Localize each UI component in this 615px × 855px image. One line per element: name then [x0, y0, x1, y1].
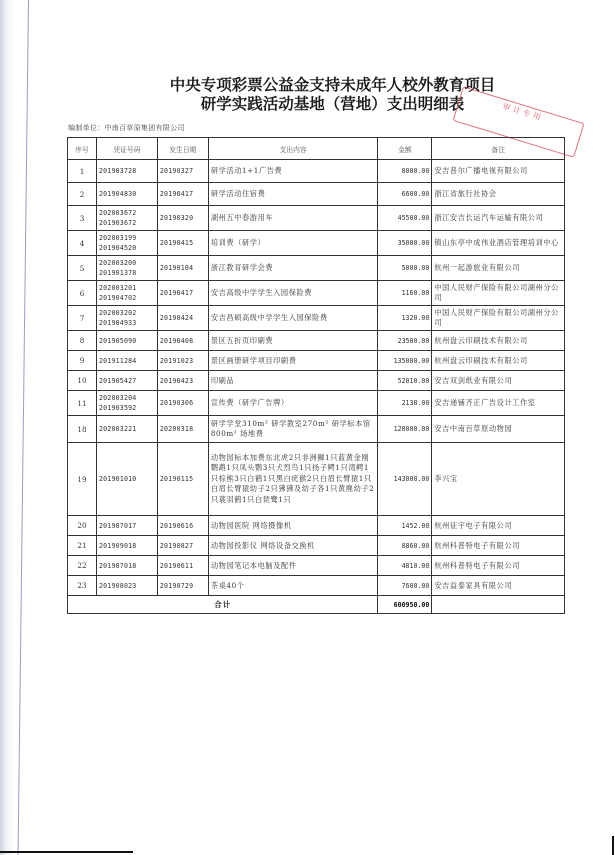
table-row: 1920190101020190115动物园标本加费东北虎2只非洲狮1只蓝黄金刚…: [68, 443, 565, 516]
cell-remark: 安吉益泰家具有限公司: [432, 576, 565, 596]
voucher-number: 201905427: [99, 376, 155, 386]
cell-seq: 4: [68, 231, 97, 256]
cell-description: 动物园标本加费东北虎2只非洲狮1只蓝黄金刚鹦鹉1只凤头鹦3只犬烈鸟1只扬子鳄1只…: [208, 443, 378, 516]
cell-seq: 2: [68, 183, 97, 206]
cell-voucher: 202003199201904520: [96, 231, 157, 256]
cell-date: 20191023: [157, 351, 208, 371]
cell-date: 20190306: [157, 391, 208, 416]
cell-amount: 8000.00: [378, 160, 432, 183]
compiling-unit: 编制单位：中南百草原集团有限公司: [68, 123, 185, 133]
voucher-number: 202003672: [99, 208, 155, 218]
header-date: 发生日期: [157, 138, 208, 160]
header-remark: 备注: [432, 138, 565, 160]
cell-amount: 8860.00: [378, 536, 432, 556]
voucher-number: 201903728: [99, 166, 155, 176]
cell-description: 宣传费（研学广告牌）: [208, 391, 378, 416]
cell-seq: 10: [68, 371, 97, 391]
table-row: 2220190701820190611动物园笔记本电脑及配件4810.00杭州科…: [68, 556, 565, 576]
cell-remark: 李兴宝: [432, 443, 565, 516]
cell-seq: 18: [68, 416, 97, 443]
cell-voucher: 201907017: [96, 516, 157, 536]
voucher-number: 201905090: [99, 336, 155, 346]
cell-description: 景区五折页印刷费: [208, 331, 378, 351]
voucher-number: 202003201: [99, 283, 155, 293]
cell-amount: 143000.00: [378, 443, 432, 516]
cell-date: 20190415: [157, 231, 208, 256]
cell-seq: 8: [68, 331, 97, 351]
cell-description: 湖州五中春游用车: [208, 206, 378, 231]
cell-amount: 1160.00: [378, 281, 432, 306]
table-row: 920191128420191023景区画册研学项目印刷费135000.00杭州…: [68, 351, 565, 371]
cell-amount: 1452.00: [378, 516, 432, 536]
cell-amount: 7600.00: [378, 576, 432, 596]
cell-date: 20190115: [157, 443, 208, 516]
table-row: 1820200322120200318研学学堂310m² 研学教室270m² 研…: [68, 416, 565, 443]
cell-remark: 杭州征宇电子有限公司: [432, 516, 565, 536]
cell-amount: 6600.00: [378, 183, 432, 206]
cell-date: 20190729: [157, 576, 208, 596]
cell-seq: 7: [68, 306, 97, 331]
voucher-number: 201901010: [99, 474, 155, 484]
table-row: 2120190901820190827动物园投影仪 网络设备交换机8860.00…: [68, 536, 565, 556]
table-row: 120190372820190327研学活动1+1广告费8000.00安吉普尔广…: [68, 160, 565, 183]
cell-remark: 镇山东亭中成伟业酒店管理培训中心: [432, 231, 565, 256]
cell-description: 研学学堂310m² 研学教室270m² 研学标本馆800m² 场地费: [208, 416, 378, 443]
voucher-number: 201909018: [99, 541, 155, 551]
cell-seq: 1: [68, 160, 97, 183]
table-row: 720200320220190493320190424安吉昌硕高级中学学生入园保…: [68, 306, 565, 331]
scan-edge-shadow: [0, 0, 14, 855]
cell-voucher: 201901010: [96, 443, 157, 516]
cell-amount: 5000.00: [378, 256, 432, 281]
cell-date: 20190408: [157, 331, 208, 351]
cell-remark: 杭州科普特电子有限公司: [432, 536, 565, 556]
cell-description: 动物园笔记本电脑及配件: [208, 556, 378, 576]
table-row: 2320190802320190729茶桌40个7600.00安吉益泰家具有限公…: [68, 576, 565, 596]
cell-description: 安吉昌硕高级中学学生入园保险费: [208, 306, 378, 331]
cell-remark: 浙江安吉长运汽车运输有限公司: [432, 206, 565, 231]
cell-remark: 安吉递铺齐正广告设计工作室: [432, 391, 565, 416]
cell-seq: 3: [68, 206, 97, 231]
cell-amount: 1320.00: [378, 306, 432, 331]
voucher-number: 201904933: [99, 318, 155, 328]
cell-seq: 6: [68, 281, 97, 306]
cell-voucher: 202003200201901378: [96, 256, 157, 281]
voucher-number: 201911284: [99, 356, 155, 366]
header-description: 支出内容: [208, 138, 378, 160]
cell-amount: 52010.00: [378, 371, 432, 391]
cell-description: 印刷品: [208, 371, 378, 391]
cell-seq: 21: [68, 536, 97, 556]
cell-description: 动物园医院 网络摄像机: [208, 516, 378, 536]
cell-voucher: 201907018: [96, 556, 157, 576]
cell-voucher: 201909018: [96, 536, 157, 556]
cell-seq: 19: [68, 443, 97, 516]
table-row: 620200320120190470220190417安吉高级中学学生入园保险费…: [68, 281, 565, 306]
cell-seq: 23: [68, 576, 97, 596]
cell-voucher: 202003201201904702: [96, 281, 157, 306]
table-row: 520200320020190137820190104浙江教育研学会费5000.…: [68, 256, 565, 281]
cell-seq: 20: [68, 516, 97, 536]
table-header-row: 序号 凭证号码 发生日期 支出内容 金额 备注: [68, 138, 565, 160]
voucher-number: 202003200: [99, 258, 155, 268]
cell-seq: 11: [68, 391, 97, 416]
voucher-number: 202003199: [99, 233, 155, 243]
cell-date: 20190424: [157, 306, 208, 331]
voucher-number: 201903672: [99, 218, 155, 228]
voucher-number: 201901378: [99, 268, 155, 278]
cell-description: 培训费（研学）: [208, 231, 378, 256]
scan-margin-line: [18, 0, 29, 855]
scan-corner-mark: [612, 836, 614, 855]
table-row: 220190483020190417研学活动住宿费6600.00浙江省旅行社协会: [68, 183, 565, 206]
table-row: 1120200320420190359220190306宣传费（研学广告牌）21…: [68, 391, 565, 416]
total-remark: [432, 596, 565, 614]
cell-voucher: 202003202201904933: [96, 306, 157, 331]
cell-voucher: 201905427: [96, 371, 157, 391]
cell-description: 研学活动住宿费: [208, 183, 378, 206]
cell-date: 20190616: [157, 516, 208, 536]
total-label: 合计: [68, 596, 378, 614]
voucher-number: 202003202: [99, 308, 155, 318]
voucher-number: 201904830: [99, 189, 155, 199]
cell-remark: 浙江省旅行社协会: [432, 183, 565, 206]
cell-date: 20190417: [157, 281, 208, 306]
cell-amount: 45500.00: [378, 206, 432, 231]
cell-description: 安吉高级中学学生入园保险费: [208, 281, 378, 306]
table-row: 2020190701720190616动物园医院 网络摄像机1452.00杭州征…: [68, 516, 565, 536]
cell-voucher: 201903728: [96, 160, 157, 183]
cell-amount: 4810.00: [378, 556, 432, 576]
cell-date: 20190327: [157, 160, 208, 183]
cell-voucher: 201904830: [96, 183, 157, 206]
voucher-number: 202003204: [99, 393, 155, 403]
scan-bottom-rule: [0, 851, 133, 853]
cell-remark: 中国人民财产保险有限公司湖州分公司: [432, 306, 565, 331]
header-voucher: 凭证号码: [96, 138, 157, 160]
voucher-number: 201903592: [99, 403, 155, 413]
voucher-number: 201907018: [99, 561, 155, 571]
table-row: 320200367220190367220190320湖州五中春游用车45500…: [68, 206, 565, 231]
table-row: 820190509020190408景区五折页印刷费23500.00杭州盘云印刷…: [68, 331, 565, 351]
cell-date: 20200318: [157, 416, 208, 443]
cell-remark: 安吉双剑纸业有限公司: [432, 371, 565, 391]
expense-detail-table: 序号 凭证号码 发生日期 支出内容 金额 备注 1201903728201903…: [67, 137, 565, 614]
cell-voucher: 201911284: [96, 351, 157, 371]
cell-seq: 22: [68, 556, 97, 576]
cell-amount: 23500.00: [378, 331, 432, 351]
cell-remark: 杭州一起游旅业有限公司: [432, 256, 565, 281]
cell-amount: 135000.00: [378, 351, 432, 371]
header-amount: 金额: [378, 138, 432, 160]
total-row: 合计 600950.00: [68, 596, 565, 614]
cell-date: 20190611: [157, 556, 208, 576]
cell-remark: 中国人民财产保险有限公司湖州分公司: [432, 281, 565, 306]
cell-voucher: 202003221: [96, 416, 157, 443]
cell-seq: 5: [68, 256, 97, 281]
cell-description: 景区画册研学项目印刷费: [208, 351, 378, 371]
cell-voucher: 202003672201903672: [96, 206, 157, 231]
table-row: 1020190542720190423印刷品52010.00安吉双剑纸业有限公司: [68, 371, 565, 391]
voucher-number: 201904520: [99, 243, 155, 253]
cell-voucher: 202003204201903592: [96, 391, 157, 416]
cell-date: 20190104: [157, 256, 208, 281]
cell-remark: 杭州盘云印刷技术有限公司: [432, 331, 565, 351]
cell-description: 研学活动1+1广告费: [208, 160, 378, 183]
cell-amount: 2138.00: [378, 391, 432, 416]
cell-date: 20190417: [157, 183, 208, 206]
cell-description: 茶桌40个: [208, 576, 378, 596]
voucher-number: 202003221: [99, 424, 155, 434]
table-row: 420200319920190452020190415培训费（研学）35000.…: [68, 231, 565, 256]
cell-voucher: 201905090: [96, 331, 157, 351]
cell-description: 动物园投影仪 网络设备交换机: [208, 536, 378, 556]
cell-remark: 安吉普尔广播电视有限公司: [432, 160, 565, 183]
cell-voucher: 201908023: [96, 576, 157, 596]
cell-remark: 杭州科普特电子有限公司: [432, 556, 565, 576]
cell-description: 浙江教育研学会费: [208, 256, 378, 281]
table-body: 120190372820190327研学活动1+1广告费8000.00安吉普尔广…: [68, 160, 565, 596]
cell-date: 20190320: [157, 206, 208, 231]
voucher-number: 201908023: [99, 581, 155, 591]
voucher-number: 201904702: [99, 293, 155, 303]
cell-date: 20190423: [157, 371, 208, 391]
cell-remark: 杭州盘云印刷技术有限公司: [432, 351, 565, 371]
cell-seq: 9: [68, 351, 97, 371]
cell-remark: 安吉中南百草原动物园: [432, 416, 565, 443]
total-amount: 600950.00: [378, 596, 432, 614]
cell-date: 20190827: [157, 536, 208, 556]
cell-amount: 120000.00: [378, 416, 432, 443]
voucher-number: 201907017: [99, 521, 155, 531]
cell-amount: 35000.00: [378, 231, 432, 256]
header-seq: 序号: [68, 138, 97, 160]
